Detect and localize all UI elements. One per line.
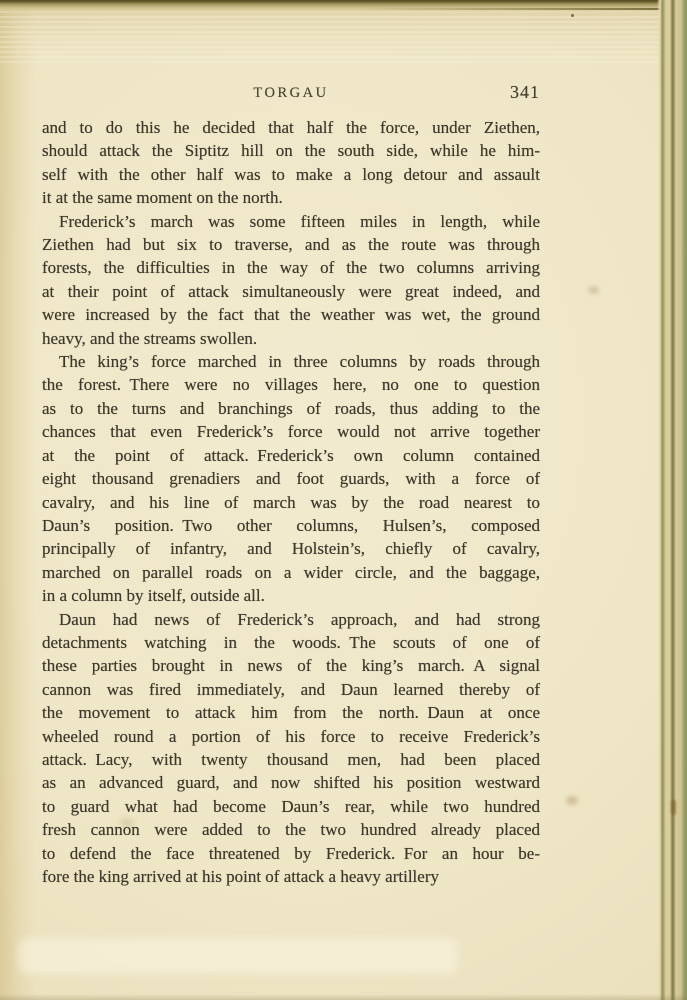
text-line: it at the same moment on the north. [42,186,540,209]
text-line: as to the turns and branchings of roads,… [42,397,540,420]
text-line: as an advanced guard, and now shifted hi… [42,771,540,794]
page-top-edge [0,0,687,14]
text-line: cannon was fired immediately, and Daun l… [42,678,540,701]
text-line: at the point of attack. Frederick’s own … [42,444,540,467]
text-line: chances that even Frederick’s force woul… [42,420,540,443]
text-line: fore the king arrived at his point of at… [42,865,540,888]
text-line: detachments watching in the woods. The s… [42,631,540,654]
text-line: marched on parallel roads on a wider cir… [42,561,540,584]
paragraph: Daun had news of Frederick’s approach, a… [42,608,540,889]
text-line: fresh cannon were added to the two hundr… [42,818,540,841]
text-line: heavy, and the streams swollen. [42,327,540,350]
text-line: the movement to attack him from the nort… [42,701,540,724]
bottom-scan-band [18,938,458,974]
foxing-speck [588,286,599,294]
foxing-speck [571,14,574,17]
text-block: and to do this he decided that half the … [42,116,540,888]
text-line: The king’s force marched in three column… [42,350,540,373]
text-line: should attack the Siptitz hill on the so… [42,139,540,162]
text-line: cavalry, and his line of march was by th… [42,491,540,514]
paragraph: Frederick’s march was some fifteen miles… [42,210,540,350]
text-line: principally of infantry, and Holstein’s,… [42,537,540,560]
text-line: the forest. There were no villages here,… [42,373,540,396]
edge-stain [671,800,676,815]
paragraph: and to do this he decided that half the … [42,116,540,210]
text-line: eight thousand grenadiers and foot guard… [42,467,540,490]
text-line: wheeled round a portion of his force to … [42,725,540,748]
text-line: in a column by itself, outside all. [42,584,540,607]
chapter-title: TORGAU [42,85,540,102]
foxing-speck [566,796,578,805]
paragraph: The king’s force marched in three column… [42,350,540,607]
text-line: forests, the difficulties in the way of … [42,256,540,279]
text-line: to defend the face threatened by Frederi… [42,842,540,865]
running-head: TORGAU 341 [42,85,540,107]
scanner-streaks [0,11,665,63]
page-number: 341 [510,82,540,103]
text-line: and to do this he decided that half the … [42,116,540,139]
text-line: were increased by the fact that the weat… [42,303,540,326]
text-line: Ziethen had but six to traverse, and as … [42,233,540,256]
book-page-stack-edge [657,0,687,1000]
text-line: Daun had news of Frederick’s approach, a… [42,608,540,631]
text-line: Frederick’s march was some fifteen miles… [42,210,540,233]
text-line: these parties brought in news of the kin… [42,654,540,677]
text-line: self with the other half was to make a l… [42,163,540,186]
left-gutter-shade [0,0,36,1000]
text-line: to guard what had become Daun’s rear, wh… [42,795,540,818]
page-top-edge-line [361,8,661,10]
page-bottom-edge [0,994,687,1000]
text-line: Daun’s position. Two other columns, Huls… [42,514,540,537]
book-page: TORGAU 341 and to do this he decided tha… [0,0,687,1000]
text-line: attack. Lacy, with twenty thousand men, … [42,748,540,771]
text-line: at their point of attack simultaneously … [42,280,540,303]
